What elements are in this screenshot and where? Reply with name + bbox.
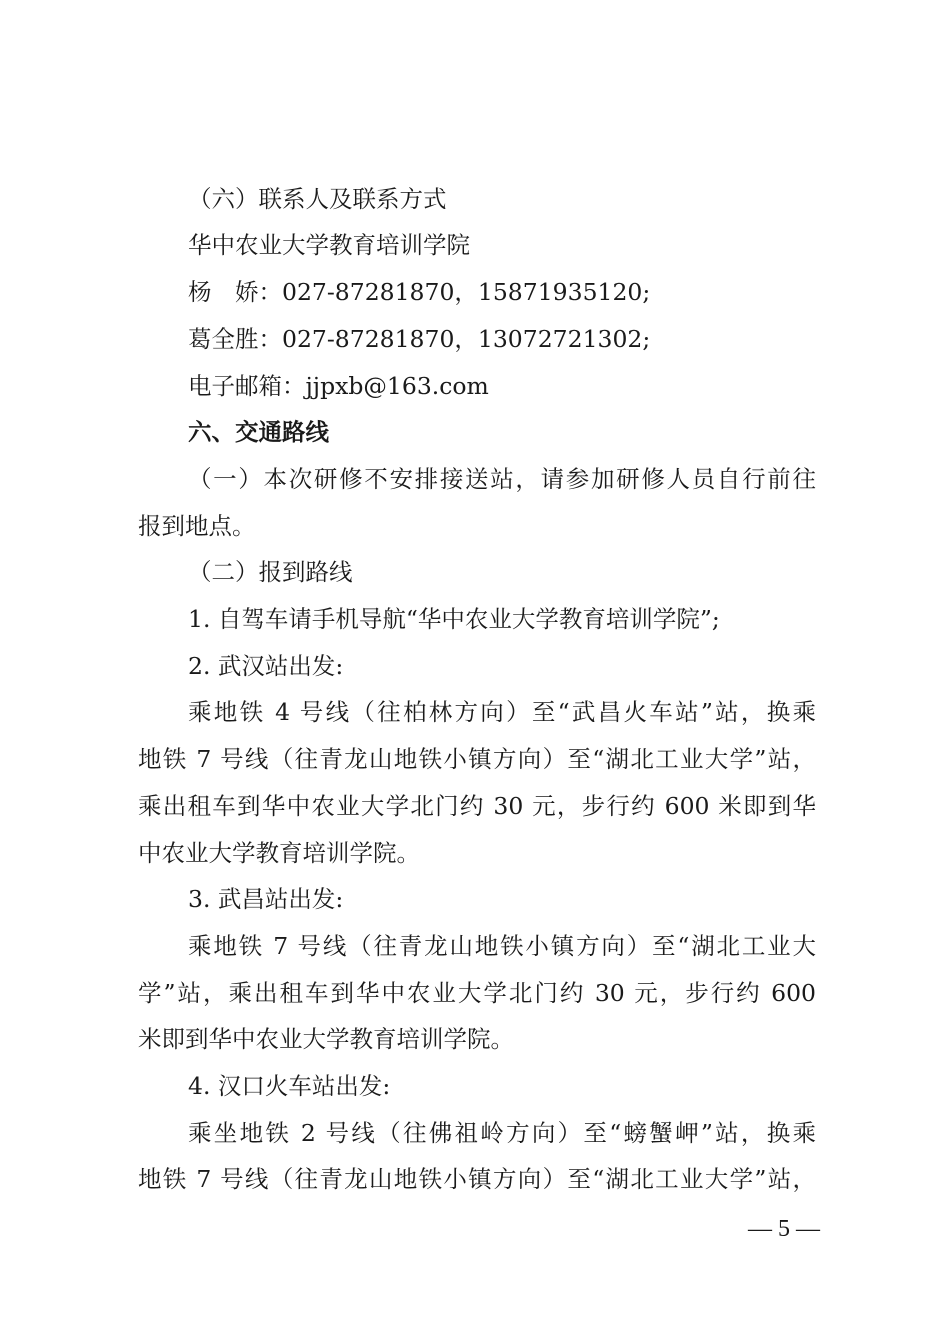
contact-email: 电子邮箱：jjpxb@163.com [188, 369, 816, 403]
contact-phones: 027-87281870，13072721302; [282, 325, 650, 353]
contact-name: 杨 娇： [188, 278, 282, 306]
paragraph-line: 米即到华中农业大学教育培训学院。 [138, 1022, 816, 1056]
subsection-title-routes: （二）报到路线 [188, 555, 816, 589]
section-heading-transport: 六、交通路线 [188, 415, 816, 449]
route-title-wuhan-station: 2. 武汉站出发: [188, 649, 816, 683]
contact-name: 葛全胜： [188, 325, 282, 353]
paragraph-line: 乘坐地铁 2 号线（往佛祖岭方向）至“螃蟹岬”站，换乘 [188, 1116, 816, 1150]
route-title-hankou-station: 4. 汉口火车站出发: [188, 1069, 816, 1103]
paragraph-line: 乘出租车到华中农业大学北门约 30 元，步行约 600 米即到华 [138, 789, 816, 823]
document-page: （六）联系人及联系方式 华中农业大学教育培训学院 杨 娇：027-8728187… [0, 0, 948, 1341]
paragraph-line: 中农业大学教育培训学院。 [138, 836, 816, 870]
paragraph-line: 地铁 7 号线（往青龙山地铁小镇方向）至“湖北工业大学”站， [138, 742, 816, 776]
section-title-contacts: （六）联系人及联系方式 [188, 182, 816, 216]
paragraph-line: 学”站，乘出租车到华中农业大学北门约 30 元，步行约 600 [138, 976, 816, 1010]
contact-row: 葛全胜：027-87281870，13072721302; [188, 322, 816, 356]
paragraph-line: 乘地铁 4 号线（往柏林方向）至“武昌火车站”站，换乘 [188, 695, 816, 729]
paragraph-line: 报到地点。 [138, 509, 816, 543]
route-item-driving: 1. 自驾车请手机导航“华中农业大学教育培训学院”; [188, 602, 816, 636]
paragraph-line: （一）本次研修不安排接送站，请参加研修人员自行前往 [188, 462, 816, 496]
organization-name: 华中农业大学教育培训学院 [188, 228, 816, 262]
contact-phones: 027-87281870，15871935120; [282, 278, 650, 306]
paragraph-line: 乘地铁 7 号线（往青龙山地铁小镇方向）至“湖北工业大 [188, 929, 816, 963]
route-title-wuchang-station: 3. 武昌站出发: [188, 882, 816, 916]
contact-row: 杨 娇：027-87281870，15871935120; [188, 275, 816, 309]
paragraph-line: 地铁 7 号线（往青龙山地铁小镇方向）至“湖北工业大学”站， [138, 1162, 816, 1196]
page-number: — 5 — [730, 1214, 820, 1244]
